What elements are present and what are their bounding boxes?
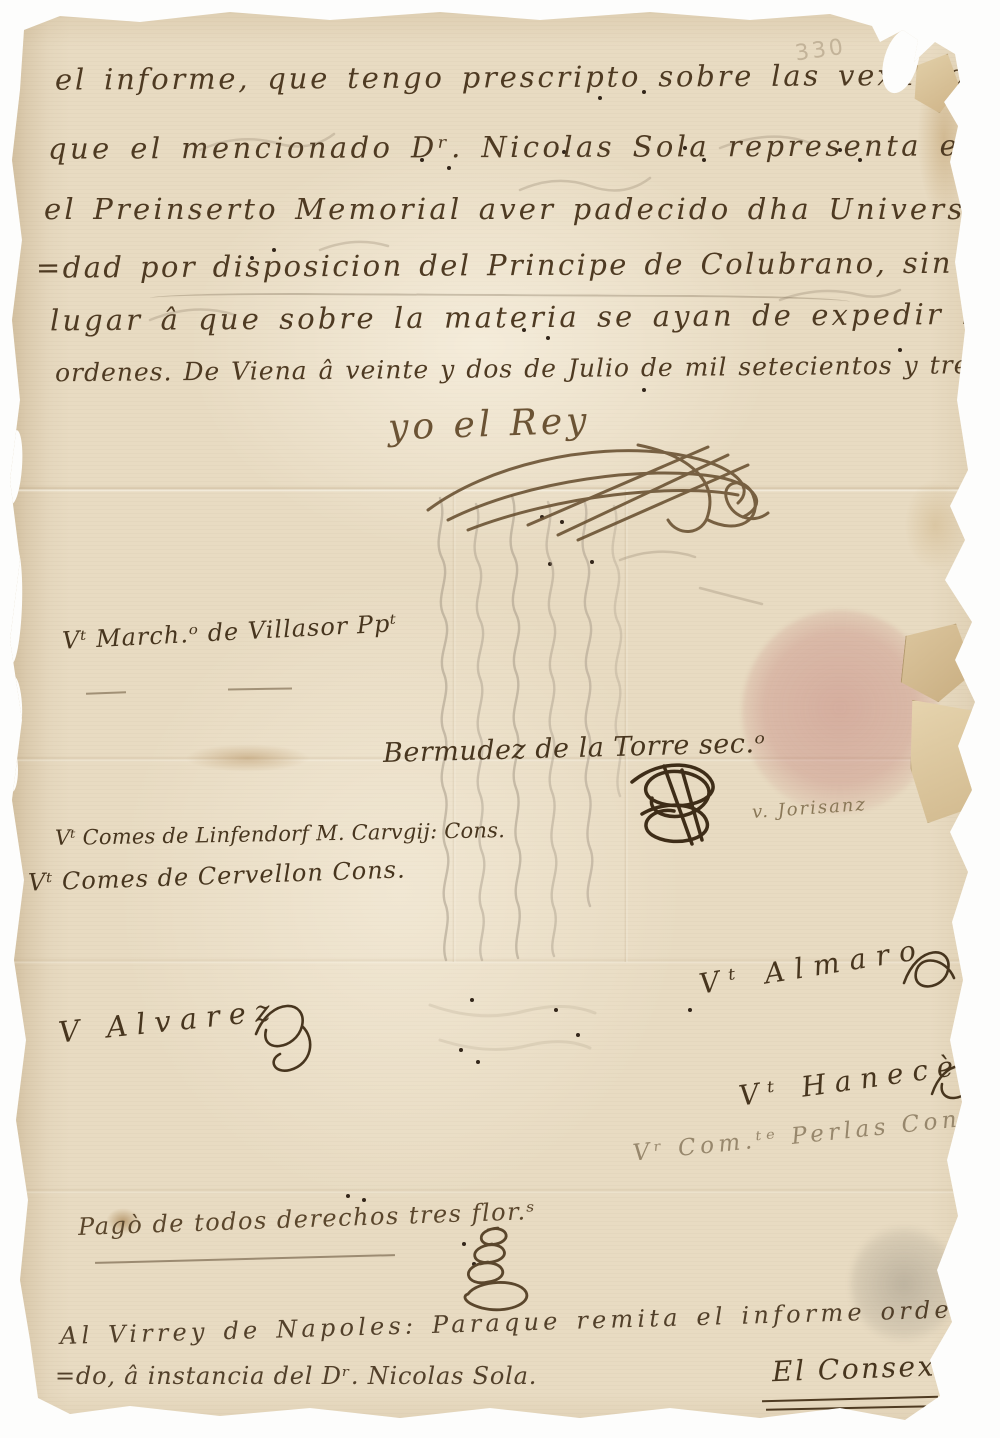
torn-flap [908, 48, 965, 116]
body-line-2: que el mencionado Dʳ. Nicolas Sola repre… [48, 128, 982, 165]
council-label: El Consexo [771, 1349, 955, 1388]
payment-underline [95, 1254, 395, 1264]
council-underline [762, 1396, 938, 1403]
ink-specks [0, 0, 4, 4]
docket-line-1: Al Virrey de Napoles: Paraque remita el … [60, 1294, 1000, 1350]
fold-crease-vertical [452, 490, 456, 962]
fold-crease [0, 1188, 1000, 1194]
signature-almaro: Vᵗ Almaro [697, 932, 928, 1000]
docket-line-2: =do, â instancia del Dʳ. Nicolas Sola. [55, 1362, 537, 1390]
signature-villasor: Vᵗ March.ᵒ de Villasor Ppᵗ [61, 609, 397, 655]
fold-crease-vertical [624, 490, 628, 962]
pen-dash [228, 687, 292, 690]
edge-tear [6, 748, 18, 792]
body-line-1: el informe, que tengo prescripto sobre l… [55, 57, 1000, 96]
torn-flap [906, 696, 980, 824]
payment-note: Pagò de todos derechos tres flor.ˢ [78, 1197, 537, 1241]
ink-showthrough-column [418, 492, 628, 970]
signature-bermudez: Bermudez de la Torre sec.ᵒ [383, 728, 766, 769]
bermudez-rubric-flourish [612, 752, 727, 852]
manuscript-page: 330 el informe, que tengo prescripto sob… [0, 0, 1000, 1438]
body-line-6: ordenes. De Viena â veinte y dos de Juli… [55, 350, 1000, 388]
edge-tear [6, 676, 23, 735]
edge-tear [3, 430, 24, 505]
body-line-3: el Preinserto Memorial aver padecido dha… [44, 192, 1000, 226]
body-line-4: =dad por disposicion del Principe de Col… [36, 245, 1000, 284]
paper-stain [905, 480, 965, 570]
edge-tear [2, 545, 24, 666]
payment-rubric-flourish [438, 1222, 538, 1317]
pen-dash [86, 691, 126, 694]
royal-signature: yo el Rey [387, 400, 591, 448]
signature-jorisanz: v. Jorisanz [751, 794, 867, 823]
fold-crease [0, 486, 1000, 492]
signature-alvarez: V Alvarez [57, 993, 281, 1050]
signature-cervellon: Vᵗ Comes de Cervellon Cons. [28, 855, 406, 896]
signature-hanece: Vᵗ Hanecè [737, 1049, 964, 1113]
signature-linfendorf-caroji: Vᵗ Comes de Linfendorf M. Carvgij: Cons. [55, 818, 505, 850]
council-underline [766, 1405, 934, 1411]
signature-perlas: Vʳ Com.ᵗᵉ Perlas Cons. [632, 1103, 991, 1166]
